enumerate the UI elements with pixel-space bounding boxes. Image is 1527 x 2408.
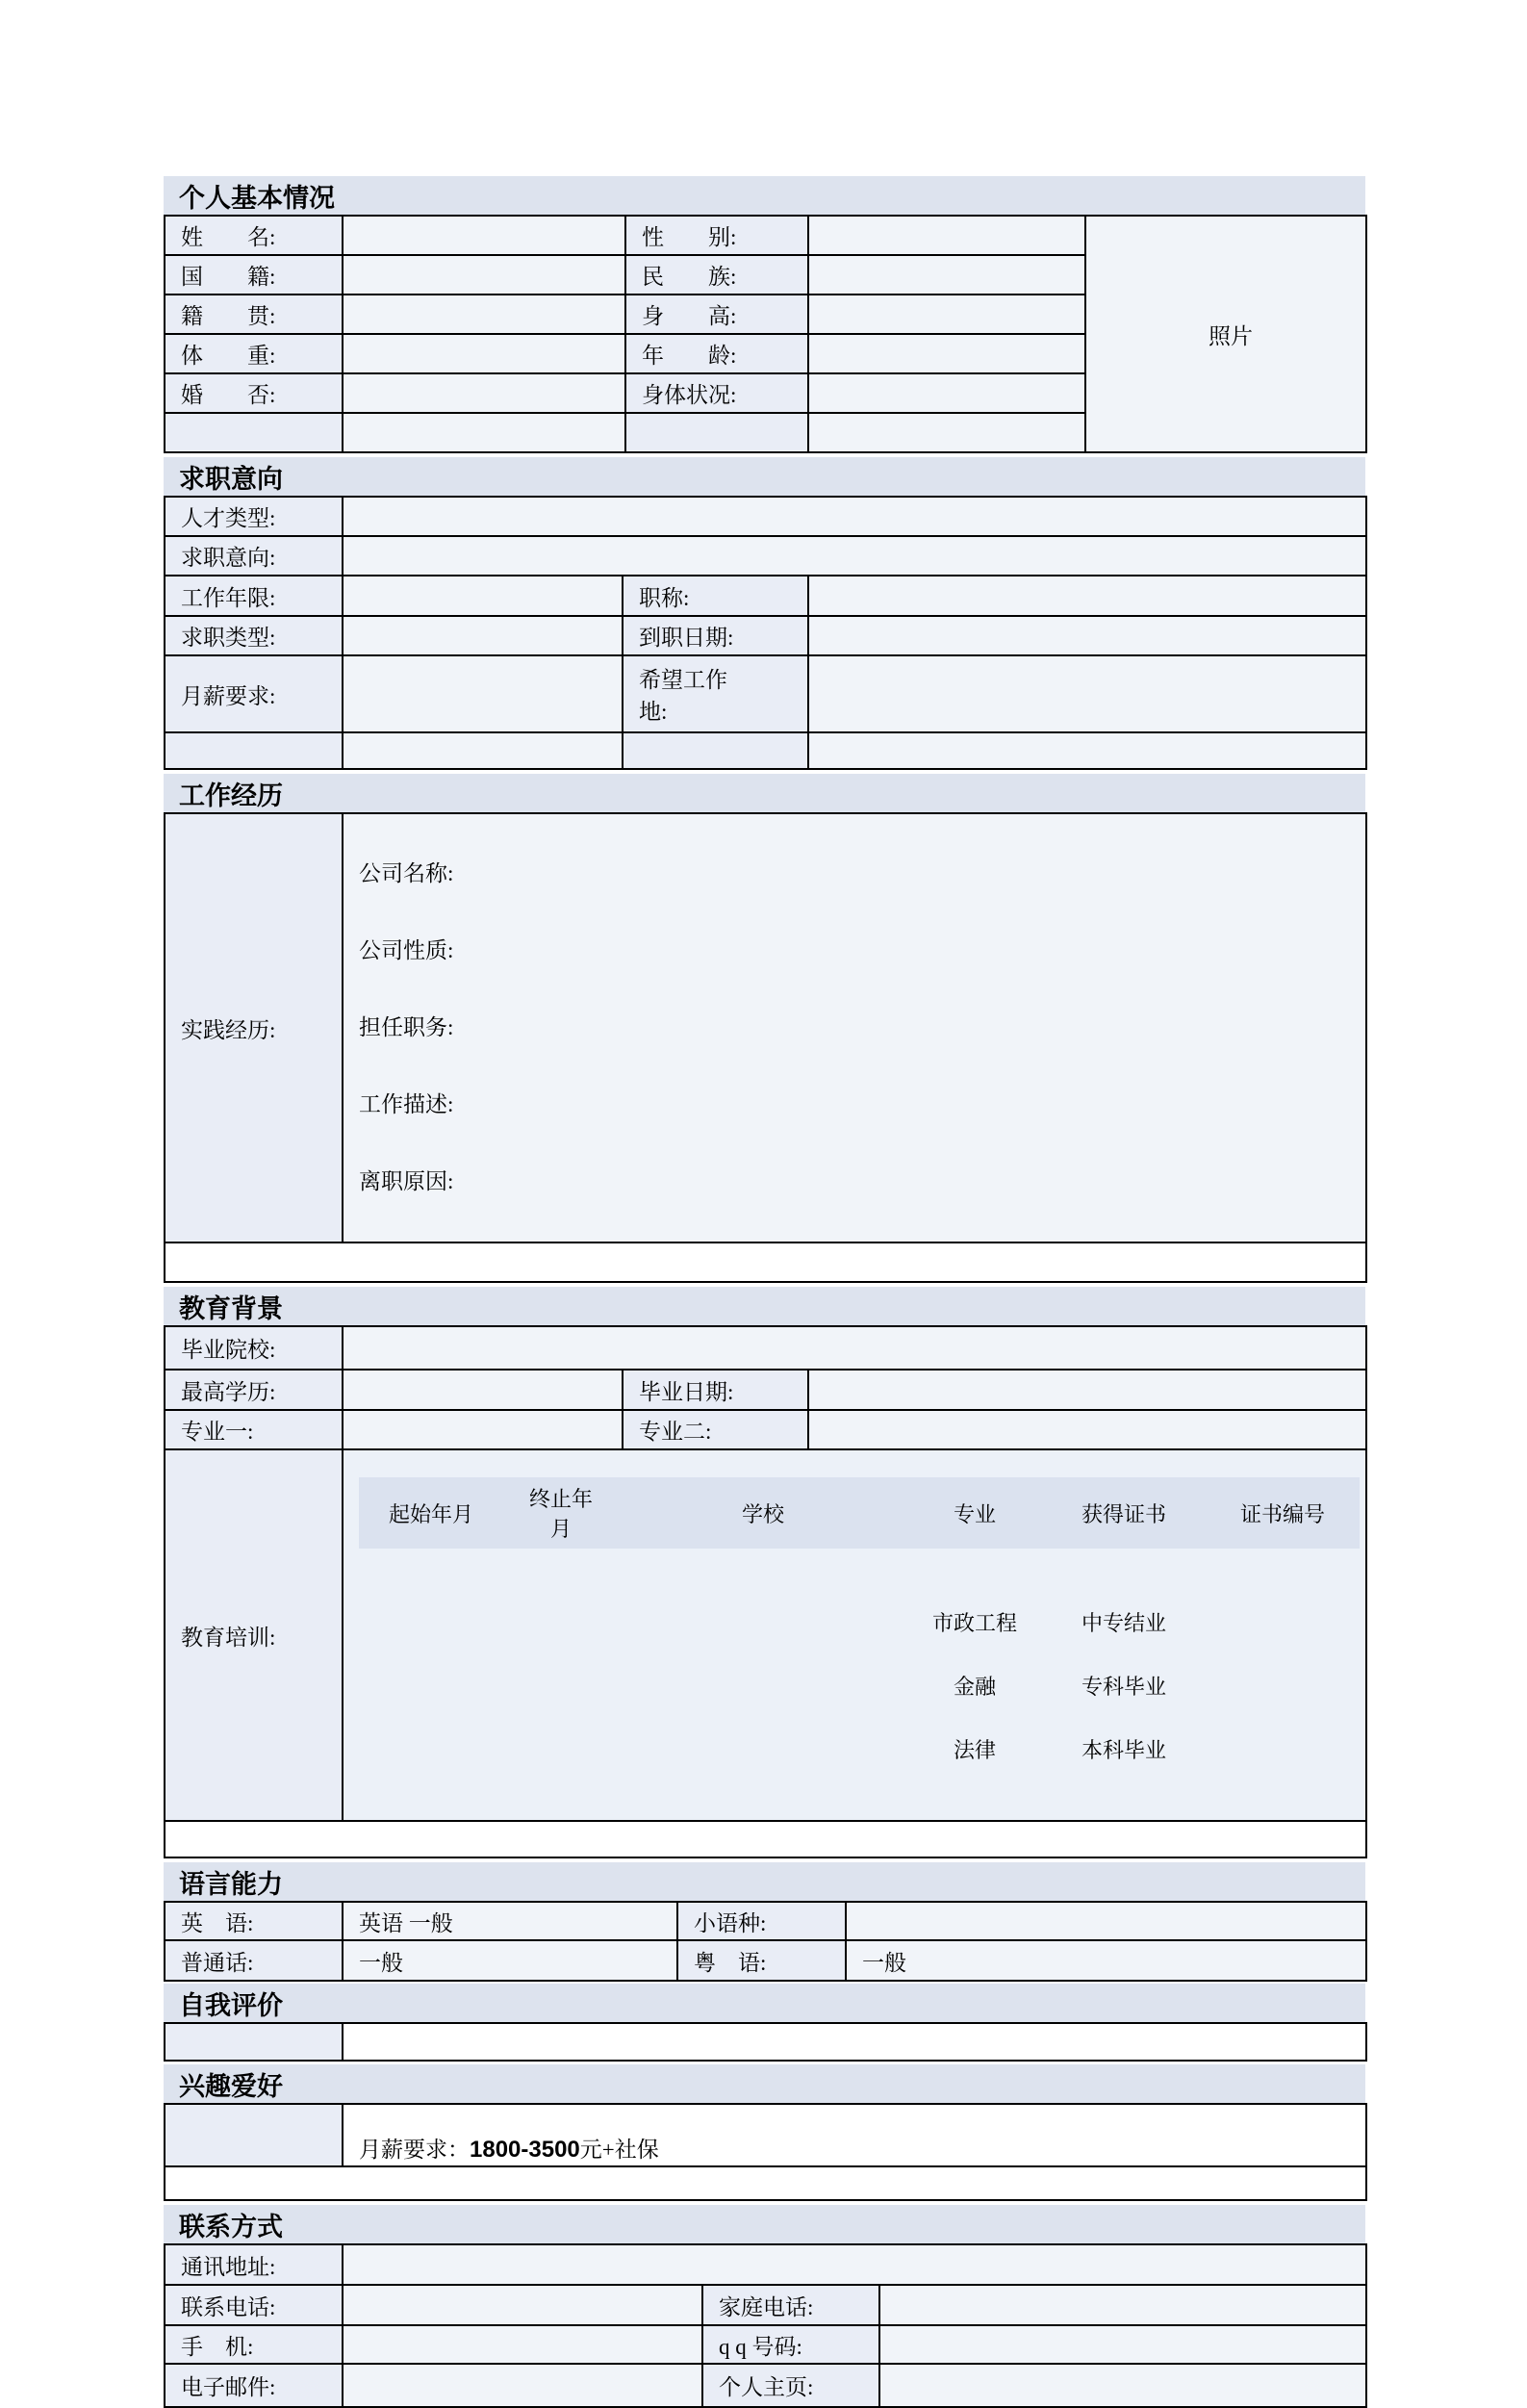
section-header-personal: 个人基本情况 [164, 176, 1365, 215]
leaving-reason-label: 离职原因: [359, 1163, 1360, 1201]
qq-number-field[interactable] [879, 2325, 1366, 2364]
english-label: 英 语: [165, 1902, 343, 1940]
section-header-education: 教育背景 [164, 1287, 1365, 1325]
ethnicity-field[interactable] [808, 255, 1085, 295]
major-two-field[interactable] [808, 1410, 1366, 1449]
weight-label: 体 重: [165, 334, 343, 373]
salary-requirement-field[interactable] [343, 655, 623, 732]
salary-note-amount: 1800-3500 [470, 2137, 580, 2163]
table-row: 姓 名: 性 别: 照片 [165, 216, 1366, 255]
work-years-label: 工作年限: [165, 576, 343, 616]
section-header-contact: 联系方式 [164, 2205, 1365, 2243]
table-row [165, 1242, 1366, 1282]
table-row: 联系电话: 家庭电话: [165, 2285, 1366, 2325]
empty-field [165, 2166, 1366, 2200]
section-header-language: 语言能力 [164, 1862, 1365, 1901]
practice-experience-label: 实践经历: [165, 813, 343, 1242]
empty-label-cell [165, 2023, 343, 2061]
certificate-number-column-header: 证书编号 [1206, 1499, 1360, 1528]
empty-label-cell [625, 413, 808, 452]
table-row: 月薪要求: 希望工作 地: [165, 655, 1366, 732]
table-row: 最高学历: 毕业日期: [165, 1370, 1366, 1410]
photo-placeholder[interactable]: 照片 [1085, 216, 1366, 452]
highest-degree-label: 最高学历: [165, 1370, 343, 1410]
major-two-label: 专业二: [623, 1410, 808, 1449]
table-row [165, 2023, 1366, 2061]
certificate-column-header: 获得证书 [1042, 1499, 1206, 1528]
graduate-school-label: 毕业院校: [165, 1326, 343, 1370]
empty-field [165, 1821, 1366, 1857]
education-table: 毕业院校: 最高学历: 毕业日期: 专业一: 专业二: 教育培训: 起始年月 [164, 1325, 1367, 1858]
hobbies-table: 月薪要求：1800-3500元+社保 [164, 2103, 1367, 2201]
work-years-field[interactable] [343, 576, 623, 616]
highest-degree-field[interactable] [343, 1370, 623, 1410]
empty-field [808, 732, 1366, 769]
salary-note-suffix: 元+社保 [580, 2138, 659, 2162]
age-field[interactable] [808, 334, 1085, 373]
health-label: 身体状况: [625, 373, 808, 413]
home-phone-label: 家庭电话: [702, 2285, 879, 2325]
education-training-field[interactable]: 起始年月 终止年 月 学校 专业 获得证书 证书编号 市政工程 中专结业 [343, 1449, 1366, 1821]
gender-field[interactable] [808, 216, 1085, 255]
empty-field [165, 1242, 1366, 1282]
school-column-header: 学校 [619, 1499, 907, 1528]
empty-label-cell [165, 2104, 343, 2166]
graduate-school-field[interactable] [343, 1326, 1366, 1370]
talent-type-field[interactable] [343, 497, 1366, 536]
email-label: 电子邮件: [165, 2364, 343, 2407]
section-header-hobbies: 兴趣爱好 [164, 2064, 1365, 2103]
cantonese-label: 粤 语: [677, 1940, 846, 1981]
table-row: 教育培训: 起始年月 终止年 月 学校 专业 获得证书 证书编号 市政工程 [165, 1449, 1366, 1821]
table-row: 人才类型: [165, 497, 1366, 536]
training-table-header: 起始年月 终止年 月 学校 专业 获得证书 证书编号 [359, 1477, 1360, 1549]
training-major: 法律 [907, 1734, 1042, 1764]
job-intention-table: 人才类型: 求职意向: 工作年限: 职称: 求职类型: 到职日期: 月薪要求: [164, 496, 1367, 770]
contact-phone-label: 联系电话: [165, 2285, 343, 2325]
homepage-label: 个人主页: [702, 2364, 879, 2407]
cantonese-level-field[interactable]: 一般 [846, 1940, 1366, 1981]
table-row: 普通话: 一般 粤 语: 一般 [165, 1940, 1366, 1981]
ethnicity-label: 民 族: [625, 255, 808, 295]
preferred-location-field[interactable] [808, 655, 1366, 732]
salary-note-prefix: 月薪要求： [359, 2138, 470, 2162]
training-certificate: 中专结业 [1042, 1607, 1206, 1637]
graduation-date-label: 毕业日期: [623, 1370, 808, 1410]
company-name-label: 公司名称: [359, 855, 1360, 893]
marital-status-label: 婚 否: [165, 373, 343, 413]
table-row: 手 机: q q 号码: [165, 2325, 1366, 2364]
position-label: 担任职务: [359, 1009, 1360, 1047]
table-row: 毕业院校: [165, 1326, 1366, 1370]
table-row: 市政工程 中专结业 [359, 1602, 1360, 1641]
name-label: 姓 名: [165, 216, 343, 255]
job-type-label: 求职类型: [165, 616, 343, 655]
job-intention-field[interactable] [343, 536, 1366, 576]
section-header-job-intention: 求职意向 [164, 457, 1365, 496]
language-table: 英 语: 英语 一般 小语种: 普通话: 一般 粤 语: 一般 [164, 1901, 1367, 1982]
table-row: 英 语: 英语 一般 小语种: [165, 1902, 1366, 1940]
table-row: 电子邮件: 个人主页: [165, 2364, 1366, 2407]
home-phone-field[interactable] [879, 2285, 1366, 2325]
marital-status-field[interactable] [343, 373, 625, 413]
empty-label-cell [165, 732, 343, 769]
contact-table: 通讯地址: 联系电话: 家庭电话: 手 机: q q 号码: 电子邮件: 个人主… [164, 2243, 1367, 2408]
mandarin-label: 普通话: [165, 1940, 343, 1981]
job-title-field[interactable] [808, 576, 1366, 616]
job-description-label: 工作描述: [359, 1086, 1360, 1124]
training-certificate: 本科毕业 [1042, 1734, 1206, 1764]
homepage-field[interactable] [879, 2364, 1366, 2407]
job-type-field[interactable] [343, 616, 623, 655]
training-table-body: 市政工程 中专结业 金融 专科毕业 法律 [359, 1574, 1360, 1793]
mailing-address-label: 通讯地址: [165, 2244, 343, 2285]
job-intention-label: 求职意向: [165, 536, 343, 576]
section-header-self-evaluation: 自我评价 [164, 1984, 1365, 2022]
company-type-label: 公司性质: [359, 932, 1360, 970]
table-row: 实践经历: 公司名称: 公司性质: 担任职务: 工作描述: 离职原因: [165, 813, 1366, 1242]
table-row [165, 2166, 1366, 2200]
practice-experience-field[interactable]: 公司名称: 公司性质: 担任职务: 工作描述: 离职原因: [343, 813, 1366, 1242]
table-row: 月薪要求：1800-3500元+社保 [165, 2104, 1366, 2166]
table-row: 通讯地址: [165, 2244, 1366, 2285]
table-row: 工作年限: 职称: [165, 576, 1366, 616]
weight-field[interactable] [343, 334, 625, 373]
training-certificate: 专科毕业 [1042, 1671, 1206, 1701]
contact-phone-field[interactable] [343, 2285, 702, 2325]
major-column-header: 专业 [907, 1499, 1042, 1528]
empty-label-cell [623, 732, 808, 769]
gender-label: 性 别: [625, 216, 808, 255]
table-row [165, 1821, 1366, 1857]
nationality-field[interactable] [343, 255, 625, 295]
salary-note-field[interactable]: 月薪要求：1800-3500元+社保 [343, 2104, 1366, 2166]
height-field[interactable] [808, 295, 1085, 334]
table-row: 金融 专科毕业 [359, 1666, 1360, 1704]
empty-field [343, 732, 623, 769]
major-one-field[interactable] [343, 1410, 623, 1449]
mandarin-level-field[interactable]: 一般 [343, 1940, 677, 1981]
other-language-field[interactable] [846, 1902, 1366, 1940]
graduation-date-field[interactable] [808, 1370, 1366, 1410]
email-field[interactable] [343, 2364, 702, 2407]
self-evaluation-field[interactable] [343, 2023, 1366, 2061]
end-date-column-header: 终止年 月 [503, 1483, 619, 1543]
empty-field [808, 413, 1085, 452]
empty-label-cell [165, 413, 343, 452]
table-row: 求职类型: 到职日期: [165, 616, 1366, 655]
table-row: 法律 本科毕业 [359, 1729, 1360, 1768]
health-field[interactable] [808, 373, 1085, 413]
resume-table-area: 个人基本情况 姓 名: 性 别: 照片 国 籍: 民 族: 籍 贯: 身 高: [164, 176, 1365, 2408]
english-level-field[interactable]: 英语 一般 [343, 1902, 677, 1940]
start-date-column-header: 起始年月 [359, 1499, 503, 1528]
salary-requirement-label: 月薪要求: [165, 655, 343, 732]
other-language-label: 小语种: [677, 1902, 846, 1940]
table-row: 求职意向: [165, 536, 1366, 576]
native-place-field[interactable] [343, 295, 625, 334]
education-training-label: 教育培训: [165, 1449, 343, 1821]
job-title-label: 职称: [623, 576, 808, 616]
nationality-label: 国 籍: [165, 255, 343, 295]
qq-number-label: q q 号码: [702, 2325, 879, 2364]
work-experience-table: 实践经历: 公司名称: 公司性质: 担任职务: 工作描述: 离职原因: [164, 812, 1367, 1283]
table-row [165, 732, 1366, 769]
mobile-label: 手 机: [165, 2325, 343, 2364]
training-major: 金融 [907, 1671, 1042, 1701]
section-header-work-experience: 工作经历 [164, 774, 1365, 812]
empty-field [343, 413, 625, 452]
self-evaluation-table [164, 2022, 1367, 2062]
start-date-label: 到职日期: [623, 616, 808, 655]
mobile-field[interactable] [343, 2325, 702, 2364]
talent-type-label: 人才类型: [165, 497, 343, 536]
name-field[interactable] [343, 216, 625, 255]
mailing-address-field[interactable] [343, 2244, 1366, 2285]
native-place-label: 籍 贯: [165, 295, 343, 334]
resume-document: 个人基本情况 姓 名: 性 别: 照片 国 籍: 民 族: 籍 贯: 身 高: [0, 0, 1527, 2161]
training-major: 市政工程 [907, 1607, 1042, 1637]
personal-info-table: 姓 名: 性 别: 照片 国 籍: 民 族: 籍 贯: 身 高: 体 重: [164, 215, 1367, 453]
height-label: 身 高: [625, 295, 808, 334]
preferred-location-label: 希望工作 地: [623, 655, 808, 732]
age-label: 年 龄: [625, 334, 808, 373]
major-one-label: 专业一: [165, 1410, 343, 1449]
start-date-field[interactable] [808, 616, 1366, 655]
table-row: 专业一: 专业二: [165, 1410, 1366, 1449]
